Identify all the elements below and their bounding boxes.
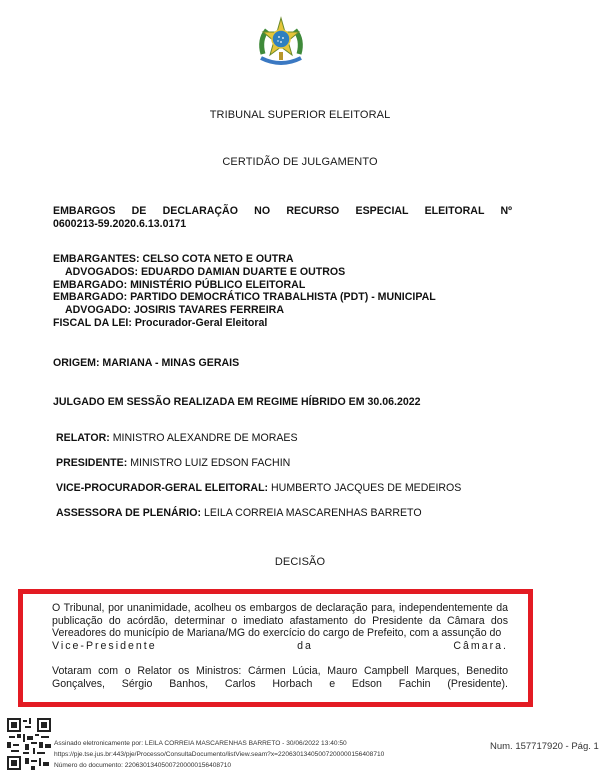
parties-list: EMBARGANTES: CELSO COTA NETO E OUTRA ADV…: [53, 253, 436, 330]
decision-heading: DECISÃO: [0, 556, 600, 568]
decision-text: O Tribunal, por unanimidade, acolheu os …: [52, 602, 508, 691]
brazil-coat-of-arms-icon: [253, 14, 309, 70]
party-row: FISCAL DA LEI: Procurador-Geral Eleitora…: [53, 317, 436, 330]
decision-paragraph-end: Vice-Presidente da Câmara.: [52, 640, 508, 653]
official-row: ASSESSORA DE PLENÁRIO: LEILA CORREIA MAS…: [56, 507, 422, 519]
party-row: ADVOGADO: JOSIRIS TAVARES FERREIRA: [53, 304, 436, 317]
document-url[interactable]: https://pje.tse.jus.br:443/pje/Processo/…: [54, 749, 384, 760]
votes-paragraph: Votaram com o Relator os Ministros: Cárm…: [52, 665, 508, 690]
official-row: RELATOR: MINISTRO ALEXANDRE DE MORAES: [56, 432, 298, 444]
official-row: VICE-PROCURADOR-GERAL ELEITORAL: HUMBERT…: [56, 482, 461, 494]
party-row: EMBARGADO: PARTIDO DEMOCRÁTICO TRABALHIS…: [53, 291, 436, 304]
qr-code-icon: [7, 718, 51, 770]
party-row: EMBARGADO: MINISTÉRIO PÚBLICO ELEITORAL: [53, 279, 436, 292]
case-number: 0600213-59.2020.6.13.0171: [53, 218, 186, 230]
page-number: Num. 157717920 - Pág. 1: [490, 741, 599, 752]
court-name: TRIBUNAL SUPERIOR ELEITORAL: [0, 109, 600, 121]
party-row: ADVOGADOS: EDUARDO DAMIAN DUARTE E OUTRO…: [53, 266, 436, 279]
signature-footer: Assinado eletronicamente por: LEILA CORR…: [54, 738, 384, 771]
origin-line: ORIGEM: MARIANA - MINAS GERAIS: [53, 357, 239, 369]
case-title: EMBARGOS DE DECLARAÇÃO NO RECURSO ESPECI…: [53, 205, 512, 218]
official-row: PRESIDENTE: MINISTRO LUIZ EDSON FACHIN: [56, 457, 290, 469]
session-line: JULGADO EM SESSÃO REALIZADA EM REGIME HÍ…: [53, 396, 421, 408]
document-type-title: CERTIDÃO DE JULGAMENTO: [0, 156, 600, 168]
decision-paragraph: O Tribunal, por unanimidade, acolheu os …: [52, 602, 508, 640]
document-number: Número do documento: 2206301340500720000…: [54, 760, 384, 771]
party-row: EMBARGANTES: CELSO COTA NETO E OUTRA: [53, 253, 436, 266]
signed-by: Assinado eletronicamente por: LEILA CORR…: [54, 738, 384, 749]
